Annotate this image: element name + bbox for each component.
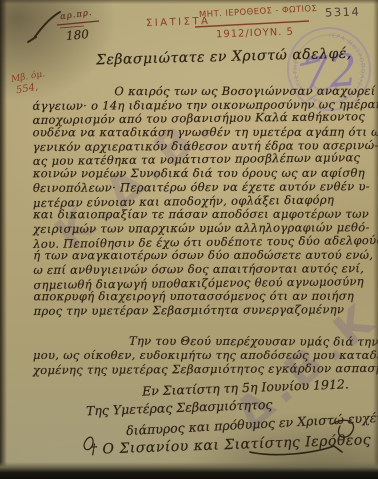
scan-edge-left	[0, 0, 7, 479]
scan-edge-top	[0, 0, 378, 4]
scan-edge-bottom	[0, 462, 378, 479]
handwriting-line: Την του Θεού υπερέχουσαν υμάς διά την αγ…	[33, 333, 377, 348]
handwriting-line: χομένης της υμετέρας Σεβασμιότητος εγκάρ…	[33, 361, 377, 377]
handwriting-line: Ο καιρός των ως Βοσογιώννσαν αναχωρεί ου…	[32, 84, 376, 98]
handwriting-line: ουδένα να καταδικάση γνωσθέν τη υμετέρα …	[33, 125, 377, 139]
scan-edge-right	[373, 0, 378, 479]
registry-protocol-number: 180	[65, 27, 89, 43]
handwriting-line: μου, ως οίκοθεν, ευδοκιμήτω της αποδόσεώ…	[33, 348, 377, 362]
handwriting-line: προς την υμετέραν Σεβασμιότητα συνεργαζο…	[34, 302, 378, 317]
handwriting-line: αποκρυφή διαχειρογή υποτασσόμενος ότι αν…	[33, 289, 377, 303]
body-paragraph-2: Την του Θεού υπερέχουσαν υμάς διά την αγ…	[33, 334, 377, 376]
catalog-number: 5314	[325, 4, 361, 19]
handwriting-line: κοινών νομέων Συνοδικά διά του όρους ως …	[33, 166, 377, 180]
body-paragraph-1: Ο καιρός των ως Βοσογιώννσαν αναχωρεί ου…	[32, 83, 377, 317]
scanned-letter-page: Κ.Δ.Β. Δ.Β.Κ. αρ.πρ. 180 Μβ. όμ. 554, ΣΙ…	[0, 0, 378, 479]
handwriting-line: ή των αναγκαιοτέρων όσων δύο αποδώσετε α…	[33, 248, 377, 262]
handwriting-line: και δικαιοπραξίαν τε πάσαν αποδόσει αμφο…	[33, 207, 377, 221]
